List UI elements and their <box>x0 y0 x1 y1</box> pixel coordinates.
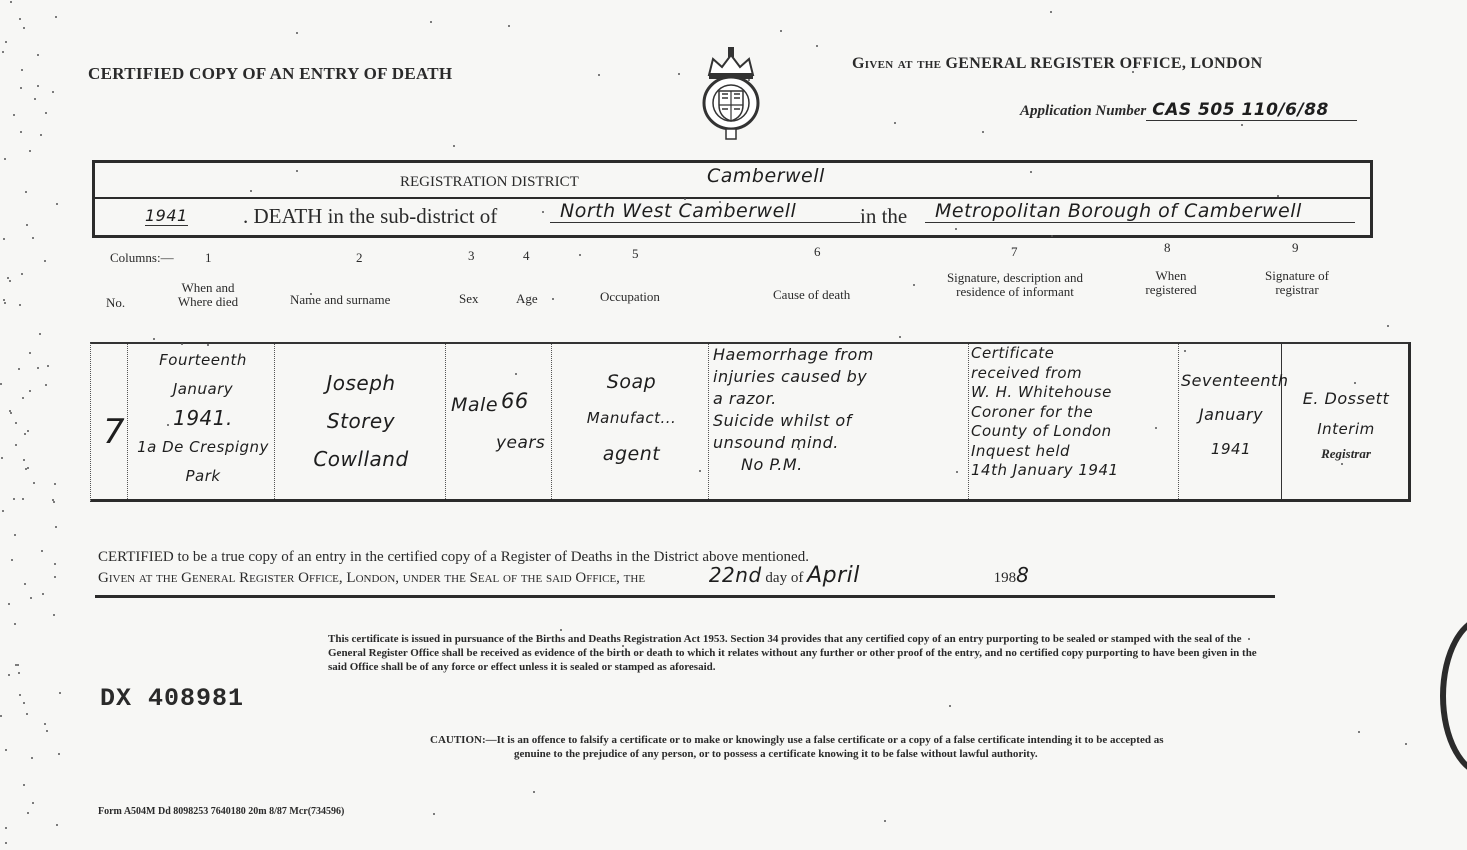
sub-district-value: North West Camberwell <box>550 200 860 223</box>
entry-number: 7 <box>103 419 125 446</box>
entry-informant: Certificate received from W. H. Whitehou… <box>971 344 1181 481</box>
in-the-label: in the <box>860 204 907 229</box>
entry-cause-of-death: Haemorrhage from injuries caused by a ra… <box>713 344 968 476</box>
certification-statement: CERTIFIED to be a true copy of an entry … <box>98 548 1029 587</box>
entry-sex: Male <box>451 392 498 419</box>
certificate-serial-number: DX 408981 <box>100 684 244 713</box>
royal-crest-icon <box>695 45 767 140</box>
entry-name: Joseph Storey Cowlland <box>281 364 441 478</box>
borough-value: Metropolitan Borough of Camberwell <box>925 200 1355 223</box>
column-header-cause: Cause of death <box>773 288 850 302</box>
column-header-age: Age <box>516 292 538 306</box>
column-number-2: 2 <box>356 250 363 266</box>
registration-district-label: REGISTRATION DISTRICT <box>400 174 579 191</box>
legal-notice: This certificate is issued in pursuance … <box>328 632 1268 674</box>
column-header-occupation: Occupation <box>600 290 660 304</box>
column-number-9: 9 <box>1292 240 1299 256</box>
caution-notice: CAUTION:—It is an offence to falsify a c… <box>430 733 1380 761</box>
application-number: Application NumberCAS 505 110/6/88 <box>1020 100 1357 121</box>
entry-age-unit: years <box>496 430 545 457</box>
column-number-7: 7 <box>1011 244 1018 260</box>
column-header-no: No. <box>106 296 125 310</box>
column-number-5: 5 <box>632 246 639 262</box>
column-number-3: 3 <box>468 248 475 264</box>
column-number-6: 6 <box>814 244 821 260</box>
certified-year-digit: 8 <box>1016 563 1029 587</box>
document-title: CERTIFIED COPY OF AN ENTRY OF DEATH <box>88 64 452 84</box>
certified-day: 22nd <box>709 563 762 587</box>
column-header-sex: Sex <box>459 292 479 306</box>
office-seal-icon <box>1440 615 1467 777</box>
entry-age: 66 <box>501 388 529 415</box>
column-header-registrar: Signature of registrar <box>1252 269 1342 297</box>
divider <box>95 595 1275 598</box>
form-code: Form A504M Dd 8098253 7640180 20m 8/87 M… <box>98 806 344 817</box>
columns-label: Columns:— <box>110 250 174 266</box>
given-at-label: Given at the GENERAL REGISTER OFFICE, LO… <box>852 55 1262 73</box>
entry-when-registered: Seventeenth January 1941 <box>1181 364 1281 466</box>
column-number-1: 1 <box>205 250 212 266</box>
registration-year: 1941 <box>145 206 188 226</box>
column-number-4: 4 <box>523 248 530 264</box>
column-header-when-registered: When registered <box>1135 269 1207 297</box>
registration-district-value: Camberwell <box>707 165 825 187</box>
registration-box: REGISTRATION DISTRICT Camberwell 1941 . … <box>92 160 1373 238</box>
death-sub-district-label: . DEATH in the sub-district of <box>243 204 497 229</box>
certified-month: April <box>807 563 860 588</box>
application-number-value: CAS 505 110/6/88 <box>1146 100 1357 121</box>
entry-registrar: E. Dossett Interim Registrar <box>1286 384 1406 464</box>
entry-row: 7 Fourteenth January 1941. 1a De Crespig… <box>90 342 1411 502</box>
column-header-name: Name and surname <box>290 293 390 307</box>
entry-occupation: Soap Manufact... agent <box>559 364 704 472</box>
column-header-when-where: When and Where died <box>168 281 248 309</box>
application-number-label: Application Number <box>1020 103 1146 119</box>
entry-when-where: Fourteenth January 1941. 1a De Crespigny… <box>133 346 273 491</box>
column-header-informant: Signature, description and residence of … <box>925 271 1105 299</box>
column-number-8: 8 <box>1164 240 1171 256</box>
